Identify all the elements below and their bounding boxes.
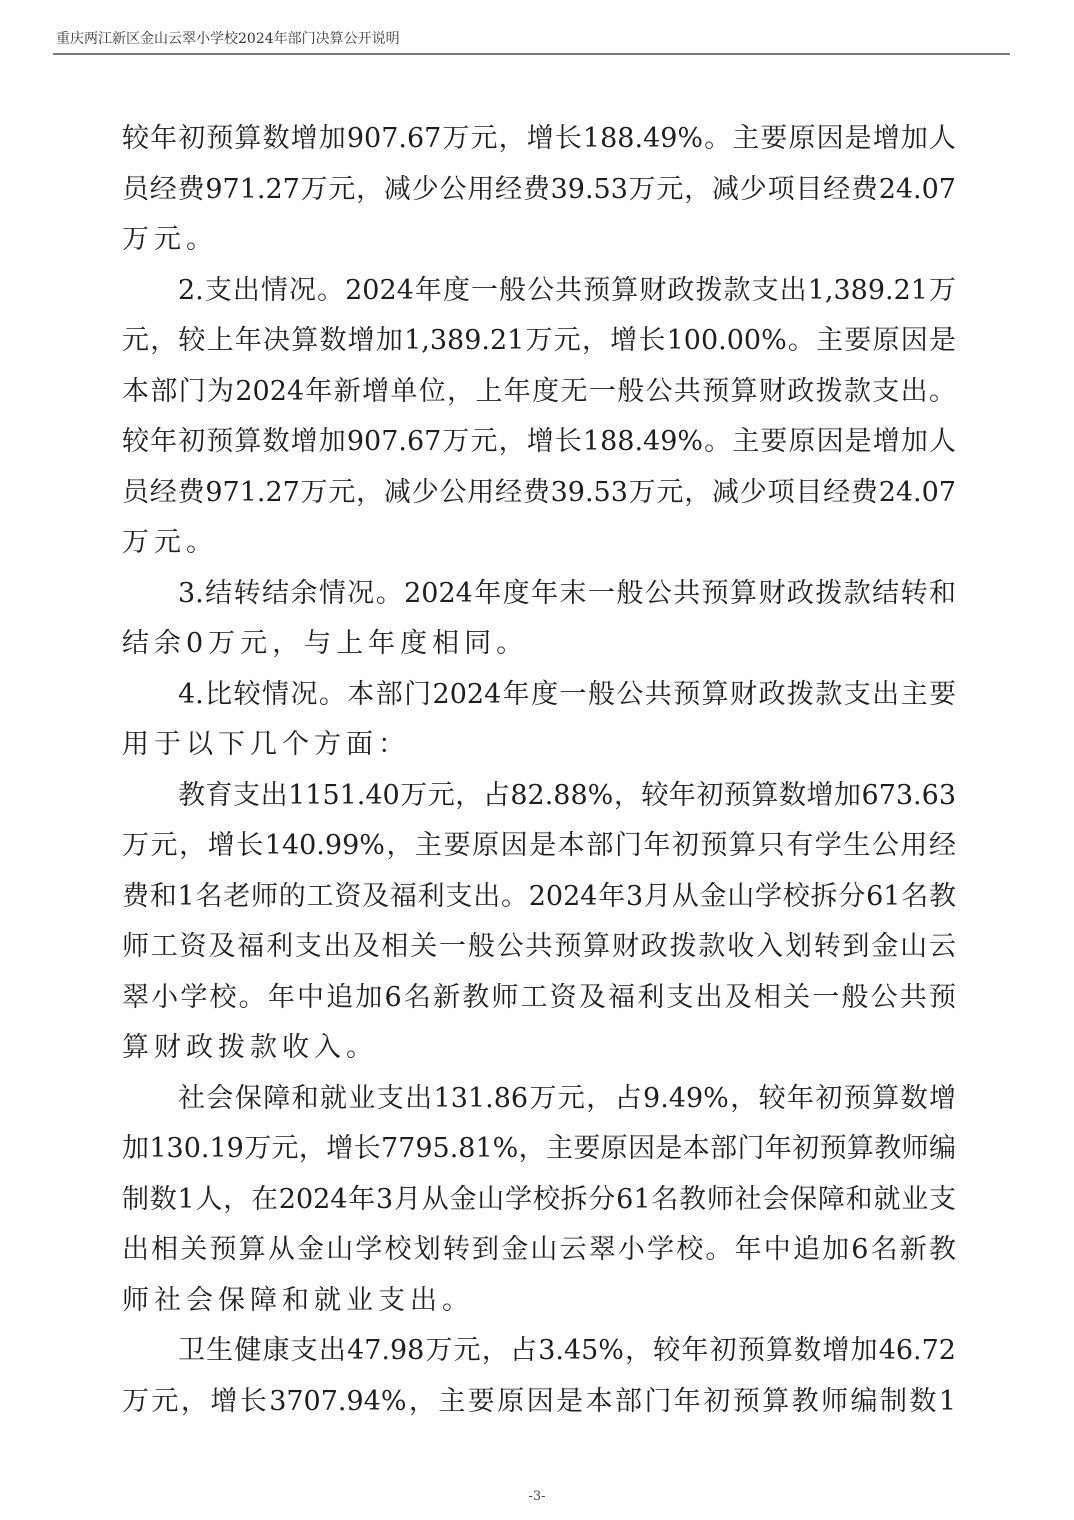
text-line: 万元。 [122,215,956,266]
text-line: 费和1名老师的工资及福利支出。2024年3月从金山学校拆分61名教 [122,872,956,923]
text-line: 加130.19万元，增长7795.81%，主要原因是本部门年初预算教师编 [122,1124,956,1175]
header-divider [53,53,1010,55]
text-line: 2.支出情况。2024年度一般公共预算财政拨款支出1,389.21万 [122,266,956,317]
text-line: 员经费971.27万元，减少公用经费39.53万元，减少项目经费24.07 [122,165,956,216]
text-line: 社会保障和就业支出131.86万元，占9.49%，较年初预算数增 [122,1074,956,1125]
text-line: 师工资及福利支出及相关一般公共预算财政拨款收入划转到金山云 [122,922,956,973]
page-number: -3- [0,1489,1074,1505]
text-line: 万元，增长140.99%，主要原因是本部门年初预算只有学生公用经 [122,821,956,872]
text-line: 较年初预算数增加907.67万元，增长188.49%。主要原因是增加人 [122,114,956,165]
document-body: 较年初预算数增加907.67万元，增长188.49%。主要原因是增加人 员经费9… [122,114,956,1427]
text-line: 4.比较情况。本部门2024年度一般公共预算财政拨款支出主要 [122,670,956,721]
text-line: 元，较上年决算数增加1,389.21万元，增长100.00%。主要原因是 [122,316,956,367]
text-line: 教育支出1151.40万元，占82.88%，较年初预算数增加673.63 [122,771,956,822]
document-header-title: 重庆两江新区金山云翠小学校2024年部门决算公开说明 [56,30,400,48]
text-line: 制数1人，在2024年3月从金山学校拆分61名教师社会保障和就业支 [122,1175,956,1226]
text-line: 万元。 [122,518,956,569]
text-line: 算财政拨款收入。 [122,1023,956,1074]
page-header: 重庆两江新区金山云翠小学校2024年部门决算公开说明 [56,30,1010,56]
text-line: 卫生健康支出47.98万元，占3.45%，较年初预算数增加46.72 [122,1326,956,1377]
text-line: 较年初预算数增加907.67万元，增长188.49%。主要原因是增加人 [122,417,956,468]
text-line: 本部门为2024年新增单位，上年度无一般公共预算财政拨款支出。 [122,367,956,418]
text-line: 员经费971.27万元，减少公用经费39.53万元，减少项目经费24.07 [122,468,956,519]
text-line: 3.结转结余情况。2024年度年末一般公共预算财政拨款结转和 [122,569,956,620]
text-line: 万元，增长3707.94%，主要原因是本部门年初预算教师编制数1 [122,1377,956,1428]
text-line: 翠小学校。年中追加6名新教师工资及福利支出及相关一般公共预 [122,973,956,1024]
text-line: 用于以下几个方面： [122,720,956,771]
text-line: 结余0万元，与上年度相同。 [122,619,956,670]
text-line: 出相关预算从金山学校划转到金山云翠小学校。年中追加6名新教 [122,1225,956,1276]
text-line: 师社会保障和就业支出。 [122,1276,956,1327]
